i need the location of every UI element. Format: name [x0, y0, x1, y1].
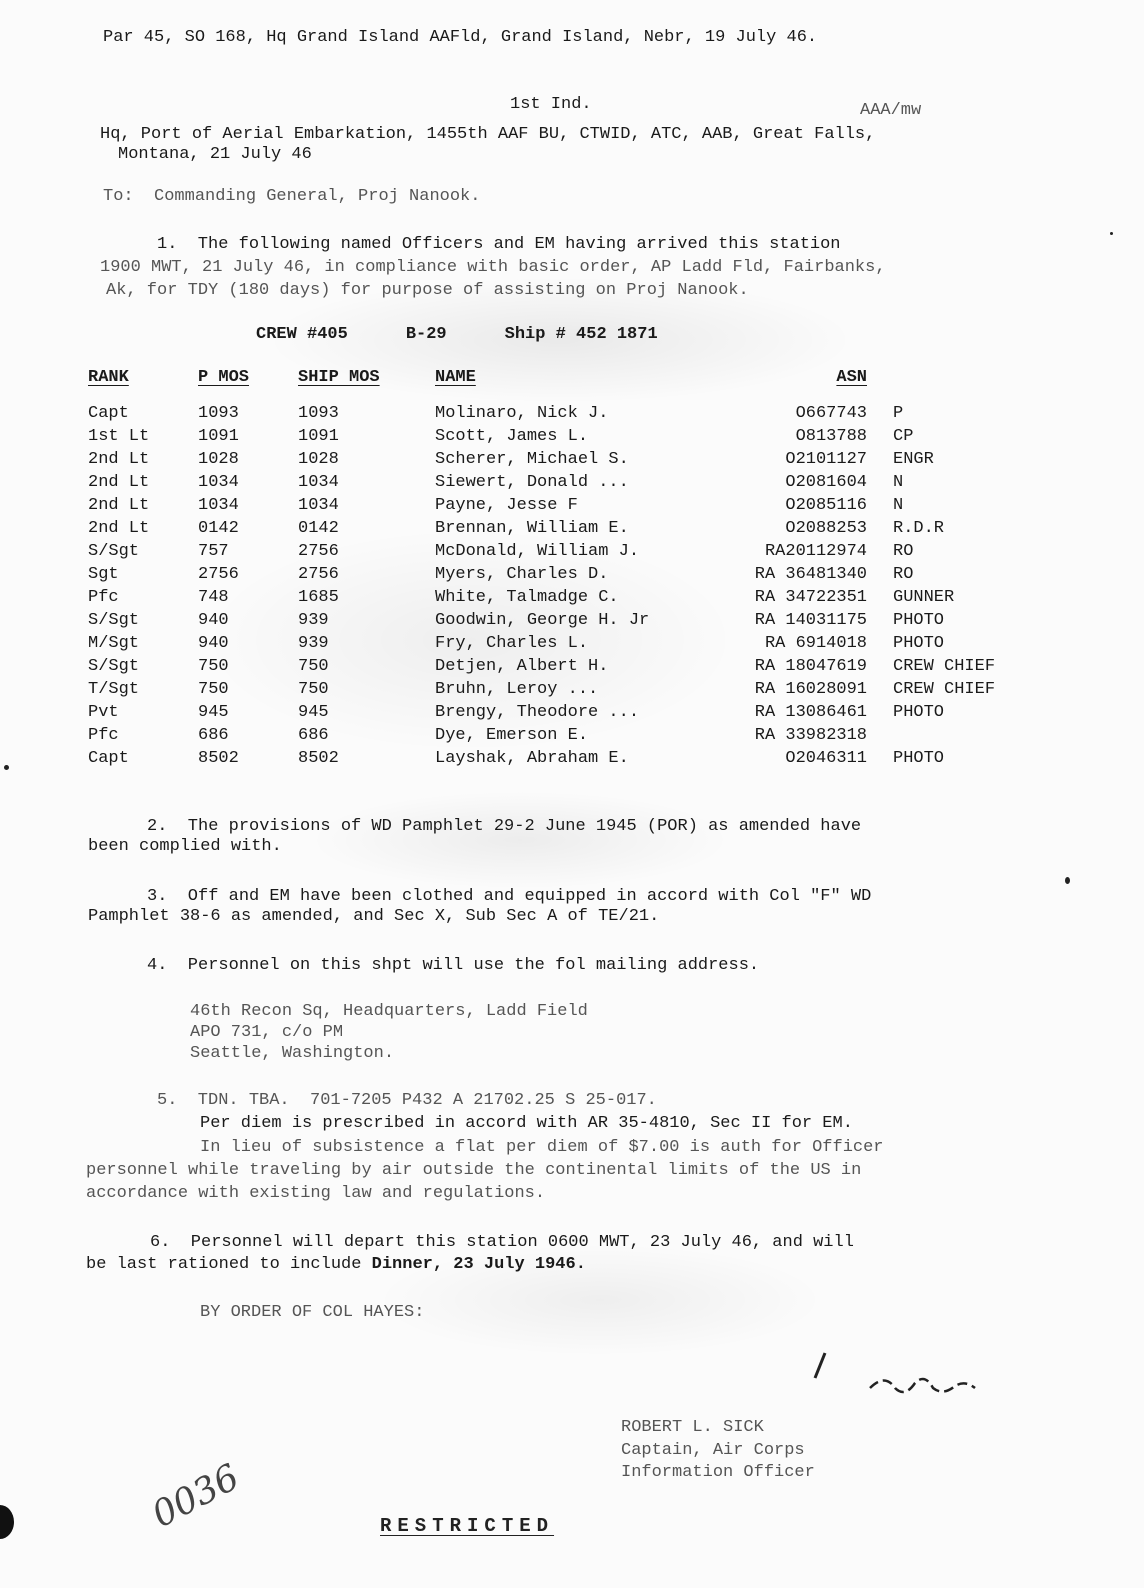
cell-duty: GUNNER [893, 586, 1053, 609]
paragraph-4-line-1: 4. Personnel on this shpt will use the f… [147, 956, 759, 976]
cell-primary-mos: 1091 [198, 425, 298, 448]
cell-ship-mos: 945 [298, 701, 405, 724]
cell-rank: 2nd Lt [88, 494, 198, 517]
crew-member-row: Pfc7481685White, Talmadge C.RA 34722351G… [88, 586, 1053, 609]
cell-rank: 1st Lt [88, 425, 198, 448]
cell-primary-mos: 1034 [198, 494, 298, 517]
cell-duty: RO [893, 563, 1053, 586]
last-ration-meal: Dinner, 23 July 1946. [372, 1255, 586, 1274]
cell-name: McDonald, William J. [405, 540, 740, 563]
cell-duty: PHOTO [893, 609, 1053, 632]
cell-name: Brengy, Theodore ... [405, 701, 740, 724]
cell-ship-mos: 750 [298, 655, 405, 678]
cell-primary-mos: 757 [198, 540, 298, 563]
paragraph-5-line-1: 5. TDN. TBA. 701-7205 P432 A 21702.25 S … [157, 1091, 657, 1111]
signature-title: Information Officer [621, 1463, 815, 1483]
cell-rank: Pvt [88, 701, 198, 724]
indorsement-from-line-1: Hq, Port of Aerial Embarkation, 1455th A… [100, 125, 875, 145]
column-header-ship-mos: SHIP MOS [298, 368, 405, 402]
cell-name: Myers, Charles D. [405, 563, 740, 586]
paragraph-6-line-2-text: be last rationed to include [86, 1255, 372, 1274]
paragraph-3-line-1: 3. Off and EM have been clothed and equi… [147, 887, 871, 907]
crew-table-header: RANK P MOS SHIP MOS NAME ASN [88, 368, 1053, 402]
crew-heading: CREW #405B-29Ship # 452 1871 [256, 325, 716, 344]
cell-name: Goodwin, George H. Jr [405, 609, 740, 632]
cell-name: Scott, James L. [405, 425, 740, 448]
cell-name: Brennan, William E. [405, 517, 740, 540]
crew-member-row: 2nd Lt10341034Payne, Jesse FO2085116N [88, 494, 1053, 517]
paragraph-3-line-2: Pamphlet 38-6 as amended, and Sec X, Sub… [88, 907, 659, 927]
crew-member-row: T/Sgt750750Bruhn, Leroy ...RA 16028091CR… [88, 678, 1053, 701]
column-header-primary-mos: P MOS [198, 368, 298, 402]
crew-member-row: S/Sgt750750Detjen, Albert H.RA 18047619C… [88, 655, 1053, 678]
speck [1110, 232, 1113, 235]
mailing-address-line-3: Seattle, Washington. [190, 1044, 394, 1064]
crew-member-row: S/Sgt940939Goodwin, George H. JrRA 14031… [88, 609, 1053, 632]
indorsement-title: 1st Ind. [510, 95, 592, 115]
cell-rank: Pfc [88, 724, 198, 747]
aircraft-type: B-29 [406, 325, 447, 344]
cell-duty: PHOTO [893, 701, 1053, 724]
cell-duty: CP [893, 425, 1053, 448]
column-header-name: NAME [405, 368, 740, 402]
crew-member-row: 2nd Lt01420142Brennan, William E.O208825… [88, 517, 1053, 540]
classification-stamp: RESTRICTED [380, 1515, 554, 1537]
cell-name: Fry, Charles L. [405, 632, 740, 655]
signature-rank: Captain, Air Corps [621, 1441, 805, 1461]
crew-table: RANK P MOS SHIP MOS NAME ASN Capt1093109… [88, 368, 1053, 770]
cell-name: Siewert, Donald ... [405, 471, 740, 494]
cell-name: Scherer, Michael S. [405, 448, 740, 471]
cell-ship-mos: 1685 [298, 586, 405, 609]
mailing-address-line-2: APO 731, c/o PM [190, 1023, 343, 1043]
cell-ship-mos: 750 [298, 678, 405, 701]
cell-name: Bruhn, Leroy ... [405, 678, 740, 701]
crew-member-row: S/Sgt7572756McDonald, William J.RA201129… [88, 540, 1053, 563]
cell-primary-mos: 0142 [198, 517, 298, 540]
cell-ship-mos: 1028 [298, 448, 405, 471]
cell-ship-mos: 1091 [298, 425, 405, 448]
cell-serial-number: O2046311 [740, 747, 893, 770]
cell-duty: R.D.R [893, 517, 1053, 540]
cell-primary-mos: 2756 [198, 563, 298, 586]
crew-member-row: Sgt27562756Myers, Charles D.RA 36481340R… [88, 563, 1053, 586]
cell-rank: S/Sgt [88, 609, 198, 632]
cell-serial-number: O2101127 [740, 448, 893, 471]
column-header-serial-number: ASN [740, 368, 893, 402]
indorsement-to-line: To: Commanding General, Proj Nanook. [103, 187, 480, 207]
cell-duty: N [893, 494, 1053, 517]
cell-name: Detjen, Albert H. [405, 655, 740, 678]
cell-name: Payne, Jesse F [405, 494, 740, 517]
crew-table-body: Capt10931093Molinaro, Nick J.O667743P1st… [88, 402, 1053, 770]
punch-hole [0, 1505, 14, 1539]
column-header-duty [893, 368, 1053, 402]
cell-rank: S/Sgt [88, 540, 198, 563]
cell-ship-mos: 1093 [298, 402, 405, 425]
signature-name: ROBERT L. SICK [621, 1418, 764, 1438]
cell-rank: T/Sgt [88, 678, 198, 701]
speck [1065, 877, 1070, 884]
crew-member-row: Pfc686686Dye, Emerson E.RA 33982318 [88, 724, 1053, 747]
cell-primary-mos: 750 [198, 678, 298, 701]
cell-serial-number: RA 18047619 [740, 655, 893, 678]
cell-serial-number: RA 13086461 [740, 701, 893, 724]
cell-ship-mos: 0142 [298, 517, 405, 540]
reference-line: Par 45, SO 168, Hq Grand Island AAFld, G… [103, 28, 817, 48]
cell-duty: ENGR [893, 448, 1053, 471]
indorsement-initials: AAA/mw [860, 101, 921, 121]
cell-duty: N [893, 471, 1053, 494]
cell-ship-mos: 686 [298, 724, 405, 747]
cell-duty: PHOTO [893, 632, 1053, 655]
cell-duty: RO [893, 540, 1053, 563]
cell-duty: CREW CHIEF [893, 655, 1053, 678]
cell-primary-mos: 8502 [198, 747, 298, 770]
cell-primary-mos: 748 [198, 586, 298, 609]
cell-serial-number: O667743 [740, 402, 893, 425]
ship-number: Ship # 452 1871 [505, 325, 658, 344]
cell-primary-mos: 940 [198, 632, 298, 655]
cell-duty: PHOTO [893, 747, 1053, 770]
paragraph-1-line-1: 1. The following named Officers and EM h… [157, 235, 841, 255]
cell-primary-mos: 750 [198, 655, 298, 678]
paragraph-6-line-1: 6. Personnel will depart this station 06… [150, 1233, 854, 1253]
paragraph-2-line-1: 2. The provisions of WD Pamphlet 29-2 Ju… [147, 817, 861, 837]
cell-rank: S/Sgt [88, 655, 198, 678]
cell-ship-mos: 939 [298, 632, 405, 655]
cell-serial-number: RA 33982318 [740, 724, 893, 747]
cell-ship-mos: 1034 [298, 494, 405, 517]
paragraph-5-line-3: In lieu of subsistence a flat per diem o… [200, 1138, 884, 1158]
crew-member-row: 2nd Lt10281028Scherer, Michael S.O210112… [88, 448, 1053, 471]
crew-member-row: 2nd Lt10341034Siewert, Donald ...O208160… [88, 471, 1053, 494]
crew-member-row: 1st Lt10911091Scott, James L.O813788CP [88, 425, 1053, 448]
cell-primary-mos: 1028 [198, 448, 298, 471]
cell-rank: Capt [88, 747, 198, 770]
cell-serial-number: RA 14031175 [740, 609, 893, 632]
cell-primary-mos: 686 [198, 724, 298, 747]
cell-ship-mos: 1034 [298, 471, 405, 494]
paragraph-5-line-2: Per diem is prescribed in accord with AR… [200, 1114, 853, 1134]
cell-duty: CREW CHIEF [893, 678, 1053, 701]
cell-rank: 2nd Lt [88, 471, 198, 494]
cell-rank: M/Sgt [88, 632, 198, 655]
cell-serial-number: O2081604 [740, 471, 893, 494]
cell-ship-mos: 2756 [298, 563, 405, 586]
cell-rank: 2nd Lt [88, 517, 198, 540]
cell-rank: Pfc [88, 586, 198, 609]
paragraph-6-line-2: be last rationed to include Dinner, 23 J… [86, 1255, 586, 1275]
cell-name: Dye, Emerson E. [405, 724, 740, 747]
signature-mark [810, 1348, 1010, 1408]
cell-name: Layshak, Abraham E. [405, 747, 740, 770]
authority-line: BY ORDER OF COL HAYES: [200, 1303, 424, 1323]
cell-primary-mos: 1034 [198, 471, 298, 494]
cell-primary-mos: 1093 [198, 402, 298, 425]
cell-ship-mos: 2756 [298, 540, 405, 563]
cell-name: White, Talmadge C. [405, 586, 740, 609]
cell-rank: Sgt [88, 563, 198, 586]
paragraph-2-line-2: been complied with. [88, 837, 282, 857]
cell-serial-number: RA 34722351 [740, 586, 893, 609]
crew-member-row: Pvt945945Brengy, Theodore ...RA 13086461… [88, 701, 1053, 724]
paragraph-5-line-5: accordance with existing law and regulat… [86, 1184, 545, 1204]
cell-serial-number: O813788 [740, 425, 893, 448]
handwritten-page-number: 0036 [146, 1457, 246, 1536]
document-page: Par 45, SO 168, Hq Grand Island AAFld, G… [0, 0, 1144, 1588]
paragraph-1-line-3: Ak, for TDY (180 days) for purpose of as… [106, 281, 749, 301]
cell-primary-mos: 945 [198, 701, 298, 724]
crew-member-row: M/Sgt940939Fry, Charles L.RA 6914018PHOT… [88, 632, 1053, 655]
cell-serial-number: RA 6914018 [740, 632, 893, 655]
cell-ship-mos: 8502 [298, 747, 405, 770]
indorsement-from-line-2: Montana, 21 July 46 [118, 145, 312, 165]
cell-rank: Capt [88, 402, 198, 425]
cell-name: Molinaro, Nick J. [405, 402, 740, 425]
crew-label: CREW #405 [256, 325, 348, 344]
cell-ship-mos: 939 [298, 609, 405, 632]
cell-primary-mos: 940 [198, 609, 298, 632]
column-header-rank: RANK [88, 368, 198, 402]
speck [4, 765, 9, 770]
cell-serial-number: O2085116 [740, 494, 893, 517]
cell-serial-number: RA20112974 [740, 540, 893, 563]
cell-serial-number: RA 36481340 [740, 563, 893, 586]
cell-serial-number: O2088253 [740, 517, 893, 540]
mailing-address-line-1: 46th Recon Sq, Headquarters, Ladd Field [190, 1002, 588, 1022]
crew-member-row: Capt10931093Molinaro, Nick J.O667743P [88, 402, 1053, 425]
cell-duty [893, 724, 1053, 747]
crew-member-row: Capt85028502Layshak, Abraham E.O2046311P… [88, 747, 1053, 770]
cell-duty: P [893, 402, 1053, 425]
paragraph-1-line-2: 1900 MWT, 21 July 46, in compliance with… [100, 258, 886, 278]
cell-serial-number: RA 16028091 [740, 678, 893, 701]
cell-rank: 2nd Lt [88, 448, 198, 471]
paragraph-5-line-4: personnel while traveling by air outside… [86, 1161, 861, 1181]
